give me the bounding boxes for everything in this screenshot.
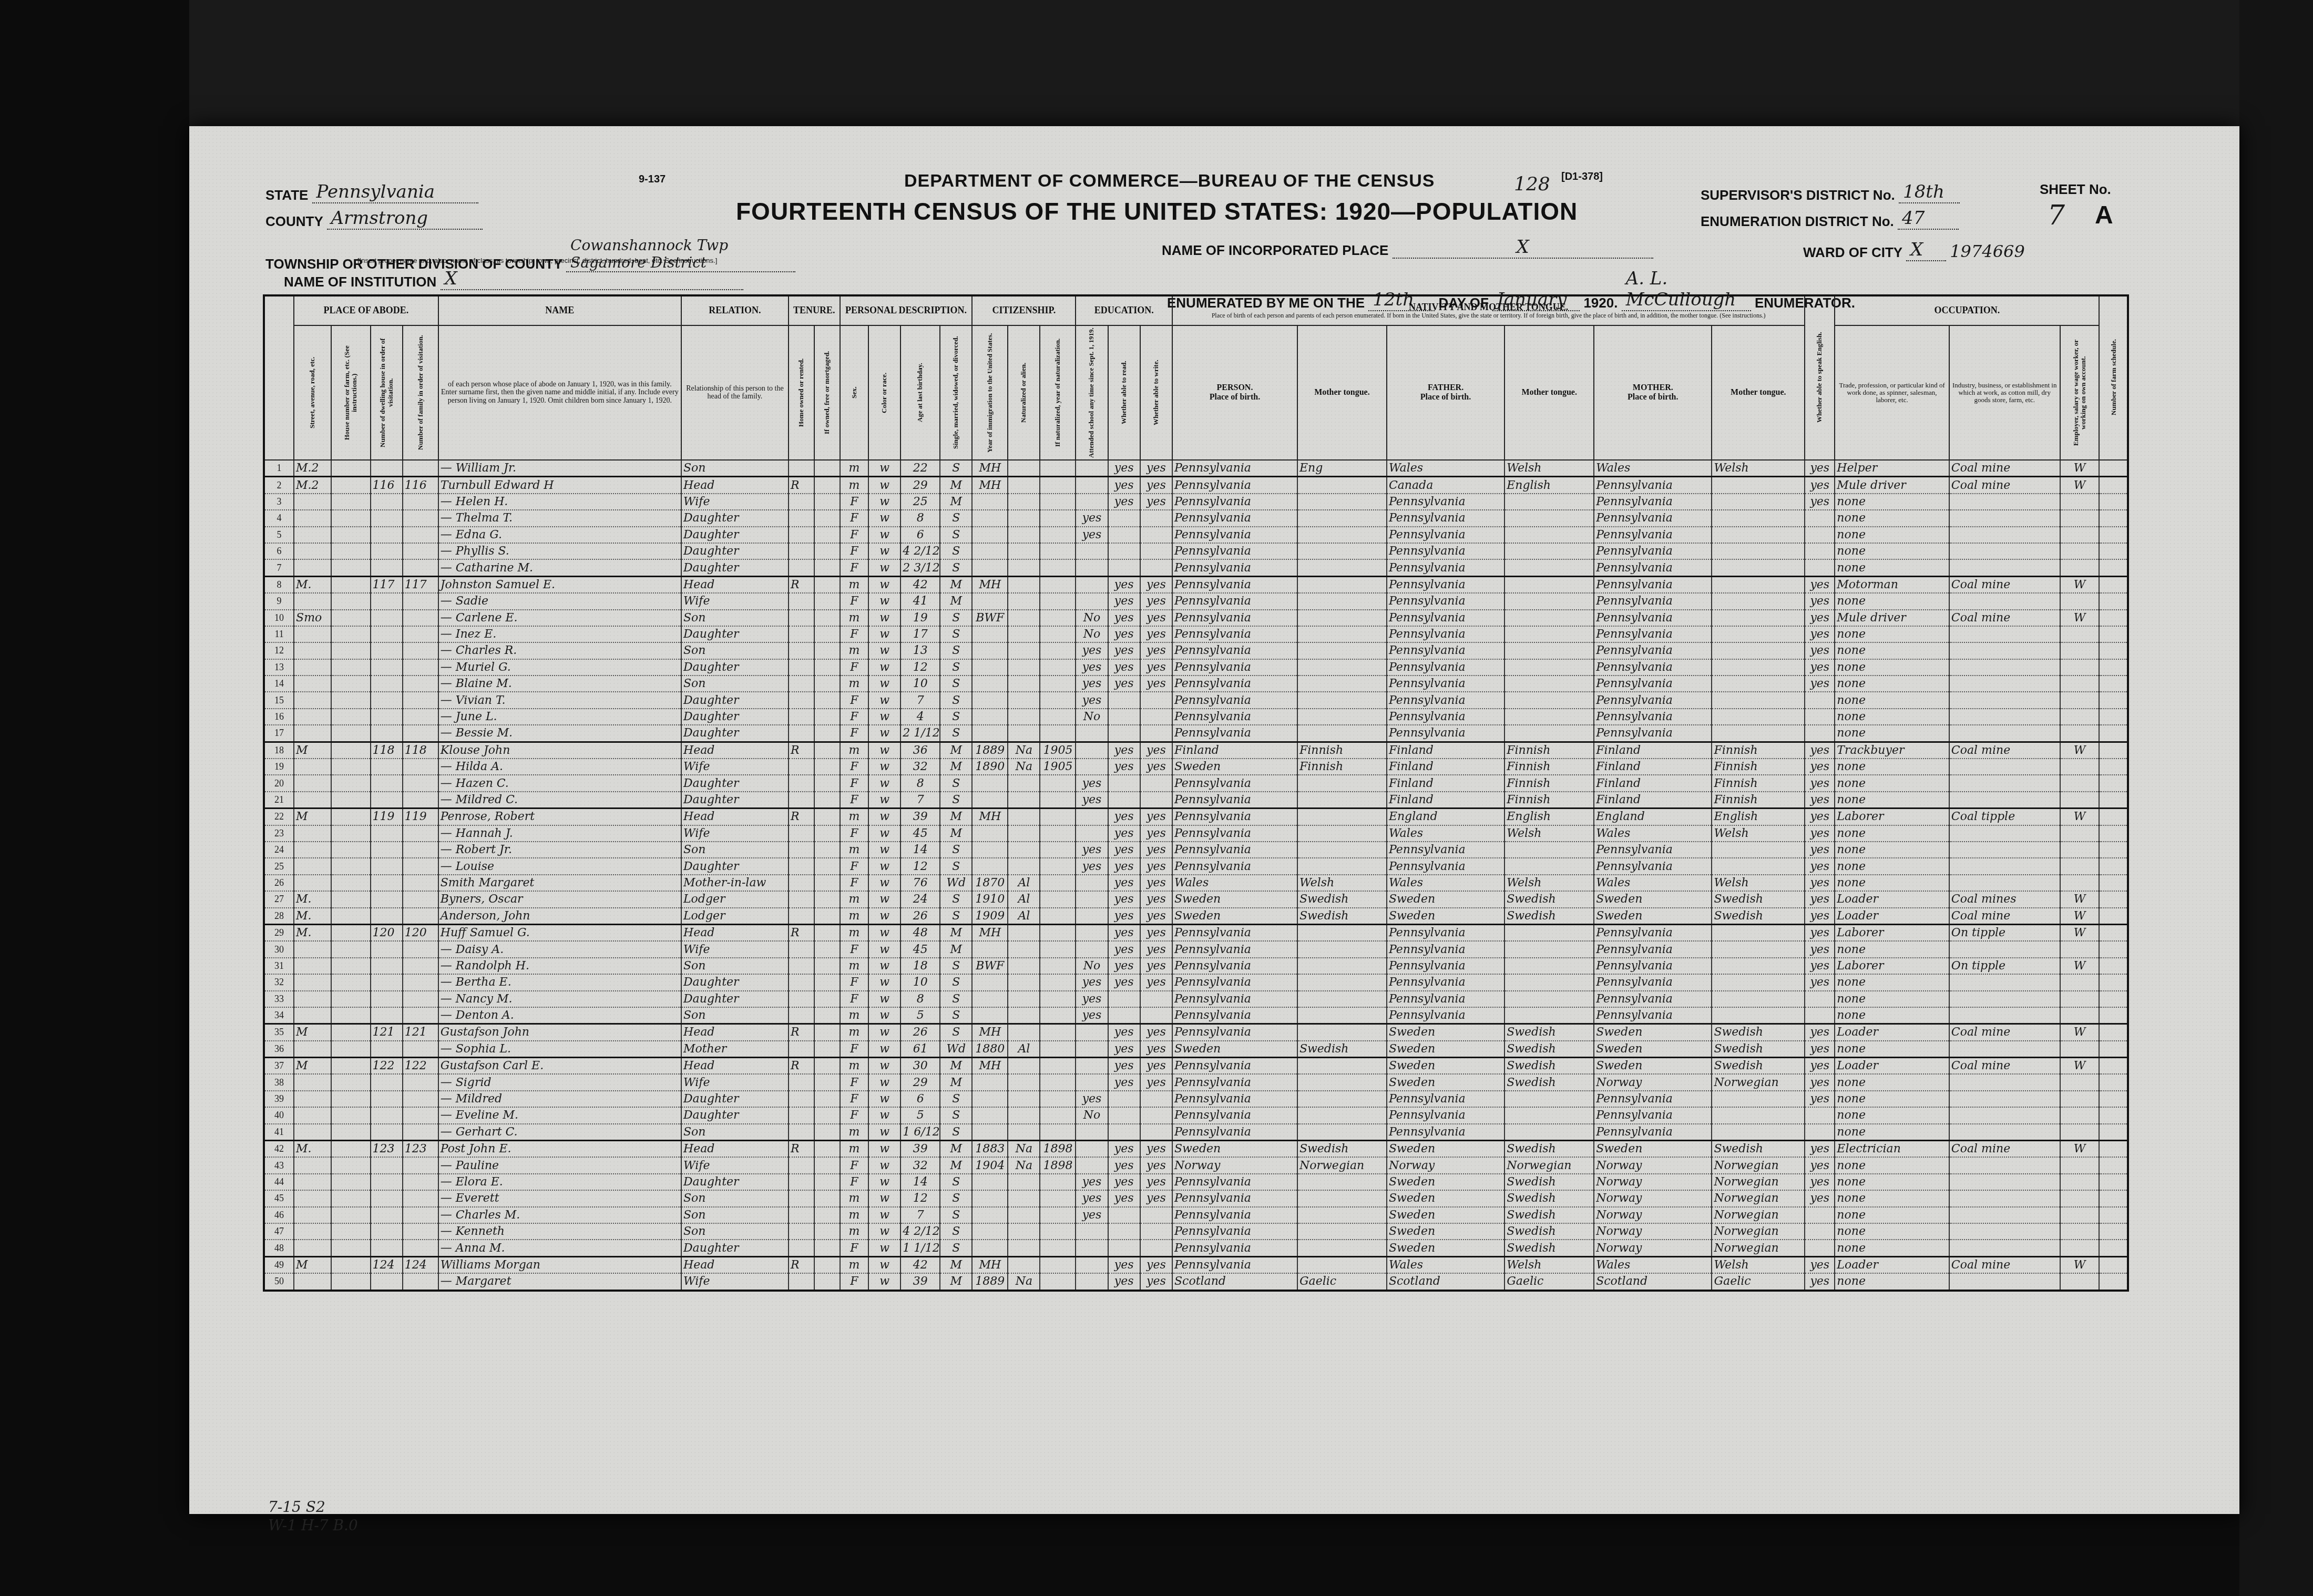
speaks-english-cell xyxy=(1805,527,1835,543)
home-owned-cell: R xyxy=(789,1141,814,1158)
footer-note-2: W-1 H-7 B.0 xyxy=(268,1517,358,1534)
street-cell xyxy=(294,725,331,742)
trade-cell: Helper xyxy=(1835,460,1949,477)
dwelling-number-cell xyxy=(371,1107,403,1123)
mother-tongue-of-mother-cell xyxy=(1712,510,1805,526)
col-immigration-year: Year of immigration to the United States… xyxy=(972,325,1008,460)
nativity-note: Place of birth of each person and parent… xyxy=(1174,312,1803,319)
dwelling-number-cell: 116 xyxy=(371,477,403,494)
marital-status-cell: S xyxy=(940,527,972,543)
col-read: Whether able to read. xyxy=(1108,325,1140,460)
birthplace-cell: Pennsylvania xyxy=(1172,692,1297,708)
race-cell: w xyxy=(868,958,900,974)
marital-status-cell: S xyxy=(940,709,972,725)
trade-cell: none xyxy=(1835,1041,1949,1058)
col-person-birthplace: PERSON.Place of birth. xyxy=(1172,325,1297,460)
farm-schedule-cell xyxy=(2099,1240,2128,1256)
mother-birthplace-cell: Pennsylvania xyxy=(1594,1107,1712,1123)
person-name-cell: — Charles M. xyxy=(438,1207,681,1223)
industry-cell xyxy=(1949,1174,2060,1190)
dwelling-number-cell xyxy=(371,593,403,609)
father-tongue-cell xyxy=(1505,626,1594,642)
farm-schedule-cell xyxy=(2099,742,2128,759)
attended-school-cell xyxy=(1076,875,1108,891)
industry-cell xyxy=(1949,626,2060,642)
census-rows: 1M.2— William Jr.Sonmw22SMHyesyesPennsyl… xyxy=(264,460,2128,1291)
mother-birthplace-cell: Pennsylvania xyxy=(1594,610,1712,626)
group-education: EDUCATION. xyxy=(1076,295,1172,325)
table-row: 5— Edna G.DaughterFw6SyesPennsylvaniaPen… xyxy=(264,527,2128,543)
free-mortgaged-cell xyxy=(814,659,840,676)
line-number-cell: 27 xyxy=(264,891,294,907)
father-tongue-cell xyxy=(1505,842,1594,858)
free-mortgaged-cell xyxy=(814,1141,840,1158)
immigration-year-cell xyxy=(972,692,1008,708)
dwelling-number-cell xyxy=(371,676,403,692)
home-owned-cell: R xyxy=(789,1256,814,1273)
farm-schedule-cell xyxy=(2099,593,2128,609)
speaks-english-cell: yes xyxy=(1805,477,1835,494)
marital-status-cell: S xyxy=(940,991,972,1007)
attended-school-cell: No xyxy=(1076,709,1108,725)
table-row: 47— KennethSonmw4 2/12SPennsylvaniaSwede… xyxy=(264,1223,2128,1240)
free-mortgaged-cell xyxy=(814,875,840,891)
table-row: 23— Hannah J.WifeFw45MyesyesPennsylvania… xyxy=(264,825,2128,842)
father-birthplace-cell: Norway xyxy=(1387,1157,1505,1173)
sex-cell: F xyxy=(840,759,868,775)
dwelling-number-cell xyxy=(371,659,403,676)
table-row: 35M121121Gustafson JohnHeadRmw26SMHyesye… xyxy=(264,1024,2128,1041)
person-name-cell: — Sigrid xyxy=(438,1074,681,1090)
mother-tongue-of-mother-cell: Norwegian xyxy=(1712,1074,1805,1090)
sex-cell: F xyxy=(840,1107,868,1123)
employer-class-cell xyxy=(2060,875,2100,891)
mother-tongue-of-mother-cell: Swedish xyxy=(1712,1024,1805,1041)
industry-cell xyxy=(1949,941,2060,957)
person-name-cell: — Helen H. xyxy=(438,494,681,510)
father-tongue-cell xyxy=(1505,610,1594,626)
speaks-english-cell: yes xyxy=(1805,924,1835,941)
race-cell: w xyxy=(868,460,900,477)
industry-cell: Coal mine xyxy=(1949,610,2060,626)
speaks-english-cell xyxy=(1805,1107,1835,1123)
age-cell: 29 xyxy=(900,477,940,494)
free-mortgaged-cell xyxy=(814,858,840,874)
person-subgroup: PERSON. xyxy=(1174,383,1296,393)
father-birthplace-cell: Pennsylvania xyxy=(1387,1124,1505,1141)
street-cell xyxy=(294,759,331,775)
attended-school-cell: yes xyxy=(1076,1190,1108,1206)
marital-status-cell: S xyxy=(940,792,972,809)
marital-status-cell: S xyxy=(940,610,972,626)
table-row: 15— Vivian T.DaughterFw7SyesPennsylvania… xyxy=(264,692,2128,708)
line-number-cell: 38 xyxy=(264,1074,294,1090)
immigration-year-cell: 1889 xyxy=(972,1273,1008,1290)
table-row: 50— MargaretWifeFw39M1889NayesyesScotlan… xyxy=(264,1273,2128,1290)
relationship-cell: Head xyxy=(681,576,789,593)
mother-tongue-cell xyxy=(1297,974,1387,990)
race-cell: w xyxy=(868,792,900,809)
race-cell: w xyxy=(868,1058,900,1075)
birthplace-cell: Pennsylvania xyxy=(1172,1256,1297,1273)
marital-status-cell: M xyxy=(940,1157,972,1173)
father-tongue-cell xyxy=(1505,958,1594,974)
attended-school-cell: No xyxy=(1076,610,1108,626)
immigration-year-cell xyxy=(972,709,1008,725)
trade-cell: none xyxy=(1835,1223,1949,1240)
house-number-cell xyxy=(331,742,371,759)
street-cell: M. xyxy=(294,576,331,593)
line-number-cell: 35 xyxy=(264,1024,294,1041)
sheet-number: 7 xyxy=(2048,200,2065,231)
father-tongue-cell: Swedish xyxy=(1505,1174,1594,1190)
sex-cell: F xyxy=(840,1074,868,1090)
mother-birthplace-cell: Pennsylvania xyxy=(1594,593,1712,609)
race-cell: w xyxy=(868,1157,900,1173)
family-number-cell xyxy=(403,1273,438,1290)
can-read-cell: yes xyxy=(1108,1074,1140,1090)
farm-schedule-cell xyxy=(2099,1256,2128,1273)
attended-school-cell: yes xyxy=(1076,1174,1108,1190)
can-read-cell: yes xyxy=(1108,593,1140,609)
father-tongue-cell xyxy=(1505,642,1594,659)
race-cell: w xyxy=(868,725,900,742)
immigration-year-cell: 1890 xyxy=(972,759,1008,775)
table-row: 14— Blaine M.Sonmw10SyesyesyesPennsylvan… xyxy=(264,676,2128,692)
father-tongue-cell: Welsh xyxy=(1505,460,1594,477)
mother-birthplace-cell: Pennsylvania xyxy=(1594,991,1712,1007)
race-cell: w xyxy=(868,1124,900,1141)
col-mother-tongue: Mother tongue. xyxy=(1712,325,1805,460)
birthplace-cell: Pennsylvania xyxy=(1172,510,1297,526)
immigration-year-cell xyxy=(972,1074,1008,1090)
relationship-cell: Lodger xyxy=(681,891,789,907)
person-name-cell: Klouse John xyxy=(438,742,681,759)
farm-schedule-cell xyxy=(2099,527,2128,543)
free-mortgaged-cell xyxy=(814,477,840,494)
sex-cell: m xyxy=(840,610,868,626)
home-owned-cell xyxy=(789,1157,814,1173)
line-number-cell: 49 xyxy=(264,1256,294,1273)
can-write-cell xyxy=(1140,709,1172,725)
naturalized-cell: Al xyxy=(1008,908,1040,925)
mother-birthplace-cell: Pennsylvania xyxy=(1594,692,1712,708)
immigration-year-cell xyxy=(972,593,1008,609)
relationship-cell: Wife xyxy=(681,593,789,609)
father-birthplace-cell: Finland xyxy=(1387,742,1505,759)
family-number-cell xyxy=(403,792,438,809)
marital-status-cell: M xyxy=(940,924,972,941)
mother-tongue-of-mother-cell: English xyxy=(1712,809,1805,825)
table-row: 19— Hilda A.WifeFw32M1890Na1905yesyesSwe… xyxy=(264,759,2128,775)
sex-cell: m xyxy=(840,460,868,477)
birthplace-cell: Pennsylvania xyxy=(1172,559,1297,576)
relationship-cell: Son xyxy=(681,642,789,659)
father-birthplace-cell: Pennsylvania xyxy=(1387,725,1505,742)
can-write-cell: yes xyxy=(1140,1174,1172,1190)
immigration-year-cell xyxy=(972,1107,1008,1123)
speaks-english-cell: yes xyxy=(1805,659,1835,676)
free-mortgaged-cell xyxy=(814,759,840,775)
father-tongue-cell: Swedish xyxy=(1505,1141,1594,1158)
person-name-cell: — Kenneth xyxy=(438,1223,681,1240)
free-mortgaged-cell xyxy=(814,1273,840,1290)
father-birthplace-cell: Pennsylvania xyxy=(1387,1107,1505,1123)
home-owned-cell xyxy=(789,1207,814,1223)
dwelling-number-cell: 122 xyxy=(371,1058,403,1075)
line-number-cell: 25 xyxy=(264,858,294,874)
relationship-cell: Daughter xyxy=(681,775,789,791)
mother-tongue-of-mother-cell xyxy=(1712,725,1805,742)
mother-birthplace-cell: Wales xyxy=(1594,460,1712,477)
birthplace-cell: Wales xyxy=(1172,875,1297,891)
marital-status-cell: S xyxy=(940,559,972,576)
relationship-cell: Daughter xyxy=(681,725,789,742)
industry-cell xyxy=(1949,709,2060,725)
immigration-year-cell: MH xyxy=(972,1256,1008,1273)
immigration-year-cell: 1910 xyxy=(972,891,1008,907)
naturalized-cell xyxy=(1008,460,1040,477)
farm-schedule-cell xyxy=(2099,576,2128,593)
street-cell: M.2 xyxy=(294,460,331,477)
state-field: STATE Pennsylvania xyxy=(265,181,478,203)
family-number-cell xyxy=(403,1240,438,1256)
can-read-cell: yes xyxy=(1108,974,1140,990)
age-cell: 30 xyxy=(900,1058,940,1075)
mother-birthplace-cell: Sweden xyxy=(1594,1024,1712,1041)
speaks-english-cell: yes xyxy=(1805,1157,1835,1173)
relationship-cell: Daughter xyxy=(681,510,789,526)
street-cell: M.2 xyxy=(294,477,331,494)
attended-school-cell: yes xyxy=(1076,1091,1108,1107)
can-write-cell: yes xyxy=(1140,1024,1172,1041)
farm-schedule-cell xyxy=(2099,692,2128,708)
person-name-cell: Post John E. xyxy=(438,1141,681,1158)
street-cell xyxy=(294,1074,331,1090)
attended-school-cell xyxy=(1076,725,1108,742)
scan-border-right xyxy=(2239,0,2313,1596)
family-number-cell xyxy=(403,543,438,559)
free-mortgaged-cell xyxy=(814,559,840,576)
race-cell: w xyxy=(868,576,900,593)
marital-status-cell: S xyxy=(940,1007,972,1024)
industry-cell: Coal mines xyxy=(1949,891,2060,907)
table-row: 22M119119Penrose, RobertHeadRmw39MMHyesy… xyxy=(264,809,2128,825)
house-number-cell xyxy=(331,1223,371,1240)
father-tongue-cell: Finnish xyxy=(1505,742,1594,759)
naturalization-year-cell xyxy=(1040,1256,1076,1273)
table-row: 4— Thelma T.DaughterFw8SyesPennsylvaniaP… xyxy=(264,510,2128,526)
col-age: Age at last birthday. xyxy=(900,325,940,460)
speaks-english-cell: yes xyxy=(1805,1174,1835,1190)
relationship-cell: Head xyxy=(681,1141,789,1158)
mother-tongue-of-mother-cell: Finnish xyxy=(1712,792,1805,809)
age-cell: 39 xyxy=(900,809,940,825)
house-number-cell xyxy=(331,1273,371,1290)
mother-birthplace-cell: Pennsylvania xyxy=(1594,1124,1712,1141)
table-row: 29M.120120Huff Samuel G.HeadRmw48MMHyesy… xyxy=(264,924,2128,941)
employer-class-cell xyxy=(2060,692,2100,708)
person-name-cell: — Mildred C. xyxy=(438,792,681,809)
father-tongue-cell: Swedish xyxy=(1505,1223,1594,1240)
farm-schedule-cell xyxy=(2099,1074,2128,1090)
relationship-cell: Daughter xyxy=(681,858,789,874)
age-cell: 36 xyxy=(900,742,940,759)
trade-cell: none xyxy=(1835,1240,1949,1256)
naturalization-year-cell xyxy=(1040,842,1076,858)
employer-class-cell xyxy=(2060,1223,2100,1240)
can-read-cell: yes xyxy=(1108,1058,1140,1075)
relationship-cell: Head xyxy=(681,924,789,941)
industry-cell xyxy=(1949,759,2060,775)
father-tongue-cell: Finnish xyxy=(1505,792,1594,809)
table-row: 48— Anna M.DaughterFw1 1/12SPennsylvania… xyxy=(264,1240,2128,1256)
home-owned-cell xyxy=(789,626,814,642)
trade-cell: none xyxy=(1835,1124,1949,1141)
immigration-year-cell: MH xyxy=(972,460,1008,477)
farm-schedule-cell xyxy=(2099,659,2128,676)
line-number-cell: 32 xyxy=(264,974,294,990)
father-birthplace-cell: Pennsylvania xyxy=(1387,676,1505,692)
father-tongue-cell: Swedish xyxy=(1505,1058,1594,1075)
marital-status-cell: S xyxy=(940,1091,972,1107)
employer-class-cell: W xyxy=(2060,924,2100,941)
race-cell: w xyxy=(868,842,900,858)
can-write-cell: yes xyxy=(1140,593,1172,609)
sex-cell: F xyxy=(840,527,868,543)
immigration-year-cell xyxy=(972,559,1008,576)
family-number-cell xyxy=(403,1207,438,1223)
mother-tongue-of-mother-cell xyxy=(1712,494,1805,510)
naturalized-cell: Al xyxy=(1008,1041,1040,1058)
can-write-cell: yes xyxy=(1140,494,1172,510)
immigration-year-cell xyxy=(972,527,1008,543)
father-birthplace-cell: Pennsylvania xyxy=(1387,1091,1505,1107)
mother-birthplace-cell: Pennsylvania xyxy=(1594,510,1712,526)
dwelling-number-cell xyxy=(371,1091,403,1107)
ward-value: X xyxy=(1906,239,1946,261)
speaks-english-cell: yes xyxy=(1805,1024,1835,1041)
race-cell: w xyxy=(868,593,900,609)
home-owned-cell xyxy=(789,593,814,609)
person-pob-label: Place of birth. xyxy=(1174,393,1296,402)
can-write-cell: yes xyxy=(1140,477,1172,494)
attended-school-cell xyxy=(1076,494,1108,510)
person-name-cell: — Daisy A. xyxy=(438,941,681,957)
sex-cell: F xyxy=(840,974,868,990)
speaks-english-cell: yes xyxy=(1805,792,1835,809)
mother-tongue-cell xyxy=(1297,809,1387,825)
age-cell: 12 xyxy=(900,858,940,874)
sex-cell: m xyxy=(840,1124,868,1141)
person-name-cell: — Elora E. xyxy=(438,1174,681,1190)
employer-class-cell xyxy=(2060,510,2100,526)
father-tongue-cell xyxy=(1505,1091,1594,1107)
naturalization-year-cell xyxy=(1040,510,1076,526)
father-birthplace-cell: Canada xyxy=(1387,477,1505,494)
street-cell xyxy=(294,692,331,708)
dwelling-number-cell xyxy=(371,792,403,809)
table-row: 7— Catharine M.DaughterFw2 3/12SPennsylv… xyxy=(264,559,2128,576)
relationship-cell: Daughter xyxy=(681,974,789,990)
department-title: DEPARTMENT OF COMMERCE—BUREAU OF THE CEN… xyxy=(904,171,1435,191)
family-number-cell xyxy=(403,559,438,576)
attended-school-cell: yes xyxy=(1076,1207,1108,1223)
relationship-cell: Son xyxy=(681,1190,789,1206)
marital-status-cell: M xyxy=(940,742,972,759)
home-owned-cell xyxy=(789,659,814,676)
person-name-cell: — Denton A. xyxy=(438,1007,681,1024)
street-cell xyxy=(294,626,331,642)
sex-cell: m xyxy=(840,1007,868,1024)
attended-school-cell xyxy=(1076,1157,1108,1173)
street-cell xyxy=(294,974,331,990)
family-number-cell: 119 xyxy=(403,809,438,825)
trade-cell: none xyxy=(1835,974,1949,990)
immigration-year-cell xyxy=(972,642,1008,659)
line-number-cell: 3 xyxy=(264,494,294,510)
immigration-year-cell xyxy=(972,1007,1008,1024)
age-cell: 45 xyxy=(900,825,940,842)
line-number-cell: 48 xyxy=(264,1240,294,1256)
father-birthplace-cell: Pennsylvania xyxy=(1387,576,1505,593)
can-write-cell: yes xyxy=(1140,908,1172,925)
line-number-cell: 45 xyxy=(264,1190,294,1206)
farm-schedule-cell xyxy=(2099,709,2128,725)
table-row: 1M.2— William Jr.Sonmw22SMHyesyesPennsyl… xyxy=(264,460,2128,477)
industry-cell xyxy=(1949,642,2060,659)
street-cell: M. xyxy=(294,908,331,925)
age-cell: 8 xyxy=(900,775,940,791)
speaks-english-cell: yes xyxy=(1805,875,1835,891)
mother-birthplace-cell: England xyxy=(1594,809,1712,825)
house-number-cell xyxy=(331,809,371,825)
employer-class-cell xyxy=(2060,725,2100,742)
race-cell: w xyxy=(868,1240,900,1256)
family-number-cell: 122 xyxy=(403,1058,438,1075)
naturalization-year-cell: 1905 xyxy=(1040,742,1076,759)
relationship-cell: Son xyxy=(681,1007,789,1024)
can-read-cell xyxy=(1108,709,1140,725)
col-farm-schedule: Number of farm schedule. xyxy=(2099,295,2128,460)
immigration-year-cell xyxy=(972,543,1008,559)
trade-cell: none xyxy=(1835,510,1949,526)
mother-tongue-of-mother-cell: Finnish xyxy=(1712,759,1805,775)
person-name-cell: — Louise xyxy=(438,858,681,874)
mother-tongue-cell xyxy=(1297,1007,1387,1024)
person-name-cell: — Hannah J. xyxy=(438,825,681,842)
father-tongue-cell xyxy=(1505,676,1594,692)
attended-school-cell xyxy=(1076,1058,1108,1075)
father-tongue-cell xyxy=(1505,510,1594,526)
sex-cell: F xyxy=(840,510,868,526)
mother-birthplace-cell: Pennsylvania xyxy=(1594,477,1712,494)
trade-cell: none xyxy=(1835,494,1949,510)
line-number-cell: 21 xyxy=(264,792,294,809)
employer-class-cell xyxy=(2060,1190,2100,1206)
line-number-cell: 4 xyxy=(264,510,294,526)
father-tongue-cell: Welsh xyxy=(1505,825,1594,842)
speaks-english-cell: yes xyxy=(1805,576,1835,593)
relationship-cell: Head xyxy=(681,742,789,759)
home-owned-cell xyxy=(789,891,814,907)
home-owned-cell xyxy=(789,991,814,1007)
employer-class-cell xyxy=(2060,991,2100,1007)
free-mortgaged-cell xyxy=(814,460,840,477)
birthplace-cell: Pennsylvania xyxy=(1172,527,1297,543)
father-birthplace-cell: Pennsylvania xyxy=(1387,642,1505,659)
race-cell: w xyxy=(868,1091,900,1107)
